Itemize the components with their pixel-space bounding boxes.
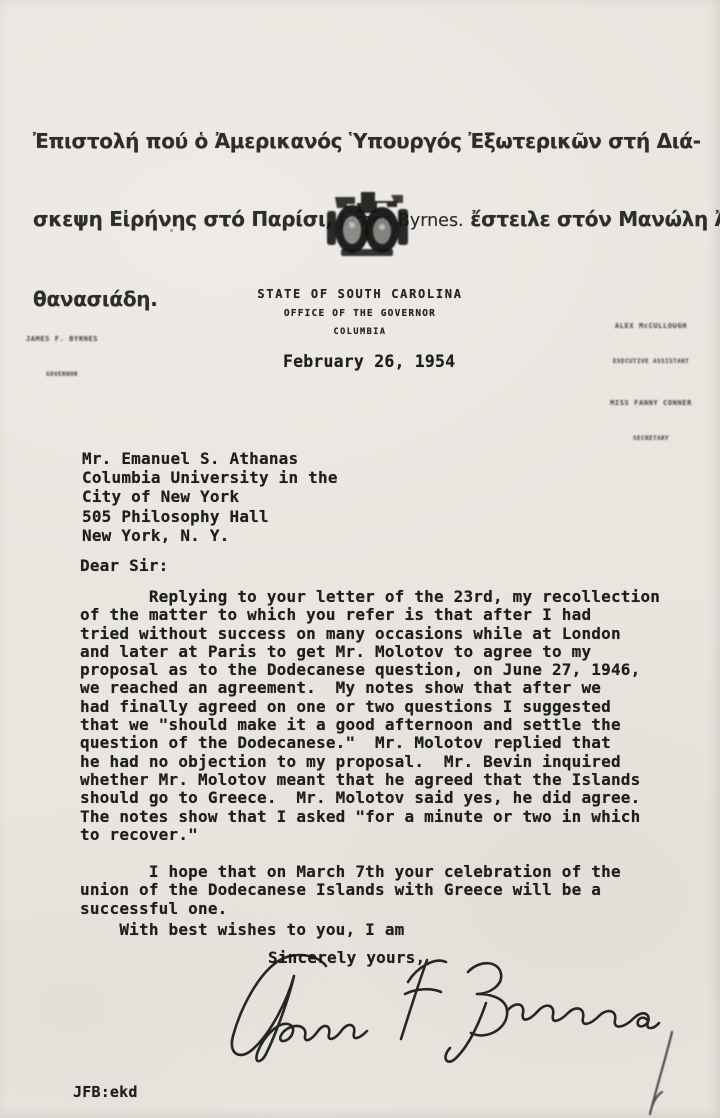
body-line: I hope that on March 7th your celebratio… (80, 863, 621, 881)
secretary-name-text: MISS FANNY CONNER (588, 397, 714, 409)
body-paragraph-1: Replying to your letter of the 23rd, my … (80, 588, 660, 844)
scan-speck (590, 146, 594, 148)
signature-james-f-byrnes (218, 948, 663, 1066)
caption-greek-text: ἔστειλε στόν Μανώλη Ἀ- (464, 207, 720, 231)
pen-mark (640, 1030, 680, 1118)
letterhead-left-block: JAMES F. BYRNES GOVERNOR (6, 309, 118, 405)
body-line: that we "should make it a good afternoon… (80, 716, 660, 734)
scan-speck (170, 229, 173, 232)
salutation-line: Dear Sir: (80, 556, 169, 575)
caption-line: Ἐπιστολή πού ὁ Ἀμερικανός Ὑπουργός Ἐξωτε… (33, 128, 705, 154)
body-line: The notes show that I asked "for a minut… (80, 808, 660, 826)
letterhead-state-line: STATE OF SOUTH CAROLINA (0, 287, 720, 301)
address-line: New York, N. Y. (82, 526, 338, 545)
body-line: we reached an agreement. My notes show t… (80, 679, 660, 697)
scanned-letter-page: Ἐπιστολή πού ὁ Ἀμερικανός Ὑπουργός Ἐξωτε… (0, 0, 720, 1118)
body-line: whether Mr. Molotov meant that he agreed… (80, 771, 660, 789)
body-line: Replying to your letter of the 23rd, my … (80, 588, 660, 606)
letterhead-office-line: OFFICE OF THE GOVERNOR (0, 308, 720, 319)
secretary-title-text: SECRETARY (588, 433, 714, 445)
assistant-title-text: EXECUTIVE ASSISTANT (588, 356, 714, 368)
caption-greek-text: σκεψη Εἰρήνης στό Παρίσι, (33, 207, 339, 231)
body-line: proposal as to the Dodecanese question, … (80, 661, 660, 679)
body-line: successful one. (80, 900, 621, 918)
body-line: question of the Dodecanese." Mr. Molotov… (80, 734, 660, 752)
body-line: of the matter to which you refer is that… (80, 606, 660, 624)
valediction-line: With best wishes to you, I am (80, 920, 404, 939)
address-line: City of New York (82, 487, 338, 506)
body-line: to recover." (80, 826, 660, 844)
state-seal-icon (321, 189, 413, 263)
body-line: and later at Paris to get Mr. Molotov to… (80, 643, 660, 661)
body-line: union of the Dodecanese Islands with Gre… (80, 881, 621, 899)
body-line: tried without success on many occasions … (80, 625, 660, 643)
body-line: had finally agreed on one or two questio… (80, 698, 660, 716)
typist-initials: JFB:ekd (73, 1083, 138, 1101)
address-line: Columbia University in the (82, 468, 338, 487)
body-line: should go to Greece. Mr. Molotov said ye… (80, 789, 660, 807)
address-line: 505 Philosophy Hall (82, 507, 338, 526)
date-line: February 26, 1954 (283, 352, 455, 371)
recipient-address-block: Mr. Emanuel S. AthanasColumbia Universit… (82, 449, 338, 545)
letterhead-right-block: ALEX McCULLOUGH EXECUTIVE ASSISTANT MISS… (588, 296, 714, 469)
letterhead-city-line: COLUMBIA (0, 327, 720, 337)
address-line: Mr. Emanuel S. Athanas (82, 449, 338, 468)
body-line: he had no objection to my proposal. Mr. … (80, 753, 660, 771)
body-paragraph-2: I hope that on March 7th your celebratio… (80, 863, 621, 918)
governor-title-text: GOVERNOR (6, 369, 118, 381)
